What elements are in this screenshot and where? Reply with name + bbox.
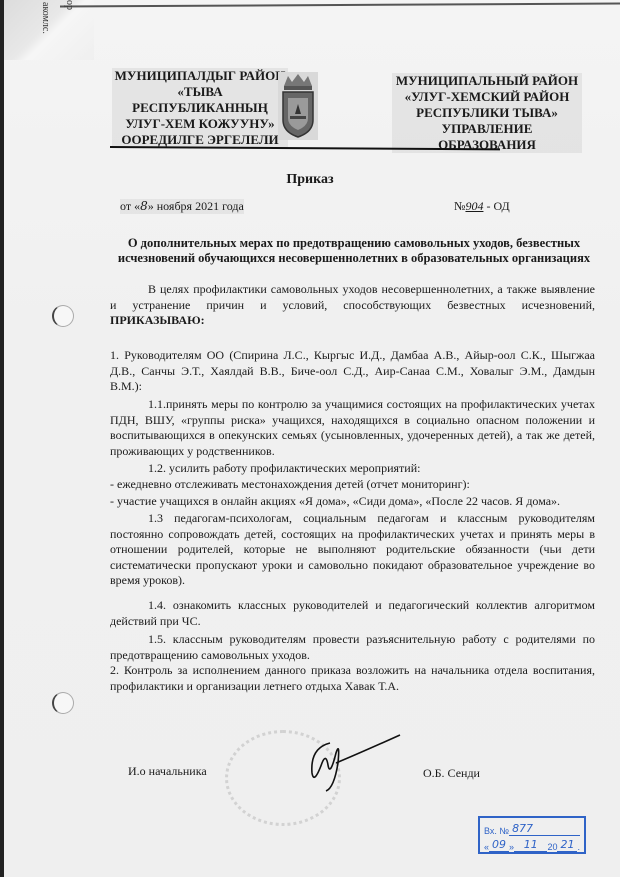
stamp-label: Вх. № [484,826,509,836]
stamp-year-suffix: 21 [557,838,577,852]
item-1-2-a: - ежедневно отслеживать местонахождения … [110,477,595,493]
header-line: МУНИЦИПАЛДЫГ РАЙОН [112,68,288,84]
date-prefix: от « [120,199,140,213]
scanned-page: акомлс. ор МУНИЦИПАЛДЫГ РАЙОН «ТЫВА РЕСП… [0,0,620,877]
stamp-number-row: Вх. № 877 [484,820,580,836]
item-1: 1. Руководителям ОО (Спирина Л.С., Кыргы… [110,348,595,395]
stamp-number: 877 [509,822,580,836]
header-right-org: МУНИЦИПАЛЬНЫЙ РАЙОН «УЛУГ-ХЕМСКИЙ РАЙОН … [392,73,582,153]
number-prefix: № [454,199,465,213]
header-left-org: МУНИЦИПАЛДЫГ РАЙОН «ТЫВА РЕСПУБЛИКАННЫҢ … [112,68,288,148]
signature-icon [290,733,410,793]
stamp-date-row: «09» 11 2021. [484,836,580,852]
document-subject: О дополнительных мерах по предотвращению… [104,236,604,266]
date-suffix: » ноября 2021 года [148,199,244,213]
preamble-text: В целях профилактики самовольных уходов … [110,282,595,312]
header-line: МУНИЦИПАЛЬНЫЙ РАЙОН [392,73,582,89]
item-1-2: 1.2. усилить работу профилактических мер… [110,461,595,477]
number-handwritten: 904 [465,199,483,213]
incoming-registration-stamp: Вх. № 877 «09» 11 2021. [478,816,586,854]
item-1-2-b: - участие учащихся в онлайн акциях «Я до… [110,494,595,510]
punch-hole [52,305,74,327]
document-number: №904 - ОД [454,199,510,214]
page-edge [0,0,4,877]
signatory-name: О.Б. Сенди [423,766,480,781]
stamp-month: 11 [514,838,547,852]
document-title: Приказ [0,172,620,188]
order-word: ПРИКАЗЫВАЮ: [110,313,205,327]
item-2: 2. Контроль за исполнением данного прика… [110,663,595,694]
header-line: УЛУГ-ХЕМ КОЖУУНУ» [112,116,288,132]
item-1-1: 1.1.принять меры по контролю за учащимис… [110,397,595,459]
signatory-position: И.о начальника [128,764,207,779]
coat-of-arms-icon [278,72,318,140]
preamble: В целях профилактики самовольных уходов … [110,282,595,329]
page-edge-top [60,3,620,8]
document-date: от «8» ноября 2021 года [120,199,244,214]
item-1-3: 1.3 педагогам-психологам, социальным пед… [110,511,595,589]
stamp-year-prefix: 20 [547,842,557,852]
header-line: «УЛУГ-ХЕМСКИЙ РАЙОН [392,89,582,105]
date-day-handwritten: 8 [140,199,148,213]
number-suffix: - ОД [483,199,509,213]
item-1-5: 1.5. классным руководителям провести раз… [110,632,595,663]
stamp-day: 09 [489,838,509,852]
corner-mark: ор [64,0,75,10]
header-line: РЕСПУБЛИКИ ТЫВА» [392,105,582,121]
header-line: «ТЫВА РЕСПУБЛИКАННЫҢ [112,84,288,116]
item-1-4: 1.4. ознакомить классных руководителей и… [110,598,595,629]
corner-mark: акомлс. [40,2,51,34]
punch-hole [52,692,74,714]
